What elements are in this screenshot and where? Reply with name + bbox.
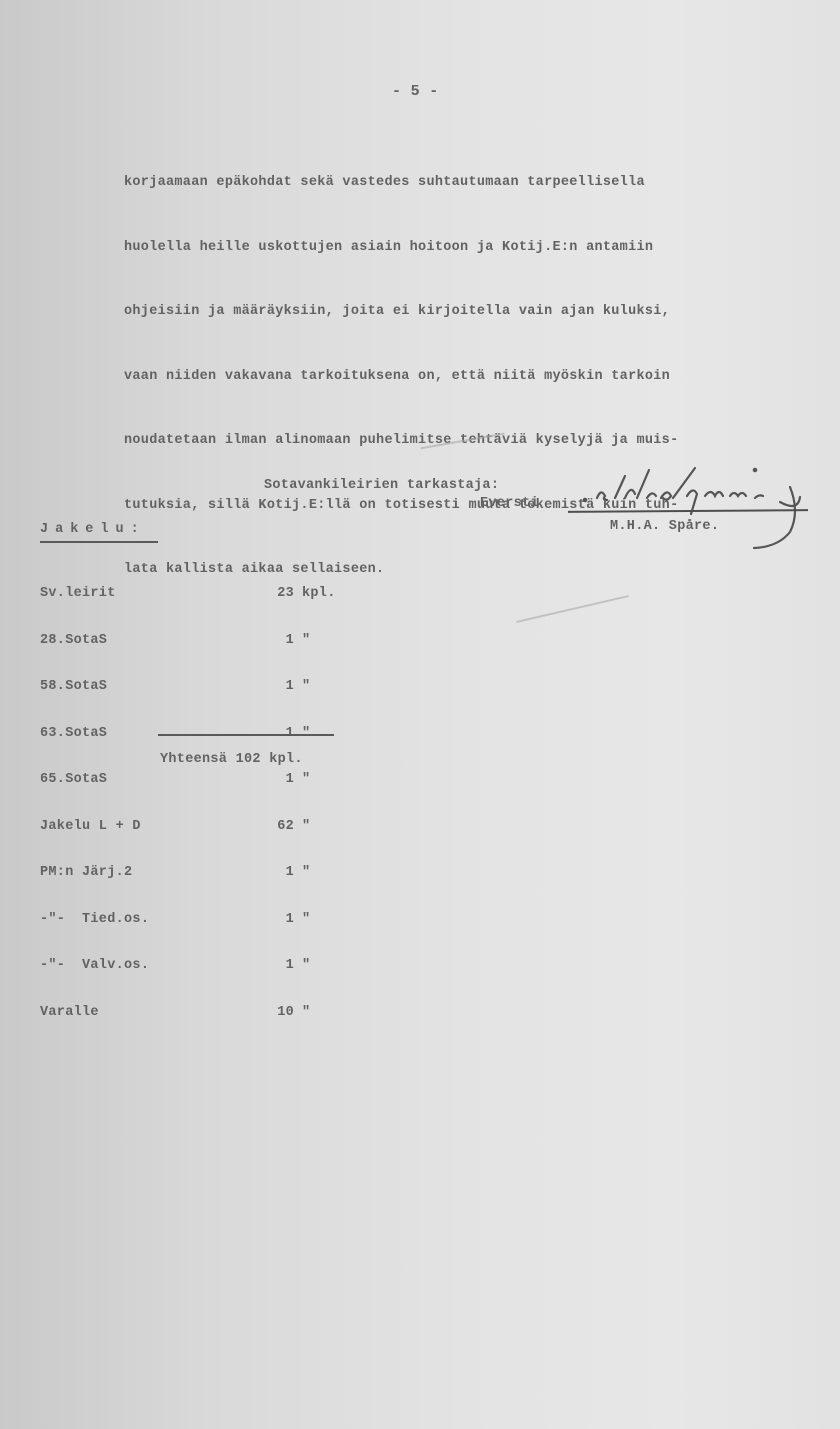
signatory-name: M.H.A. Spåre. [610, 519, 719, 534]
list-item: Sv.leirit 23 kpl. [40, 586, 356, 603]
unit: " [294, 865, 356, 882]
distribution-heading-underline [40, 541, 158, 543]
quantity: 1 [256, 865, 294, 882]
list-item: -"- Valv.os. 1 " [40, 958, 356, 975]
quantity: 62 [256, 819, 294, 836]
recipient: PM:n Järj.2 [40, 865, 256, 882]
quantity: 10 [256, 1005, 294, 1022]
signatory-title: Sotavankileirien tarkastaja: [264, 478, 499, 493]
list-item: PM:n Järj.2 1 " [40, 865, 356, 882]
list-item: -"- Tied.os. 1 " [40, 912, 356, 929]
list-item: Varalle 10 " [40, 1005, 356, 1022]
unit: " [294, 772, 356, 789]
recipient: Sv.leirit [40, 586, 256, 603]
recipient: 28.SotaS [40, 633, 256, 650]
quantity: 1 [256, 912, 294, 929]
list-item: 28.SotaS 1 " [40, 633, 356, 650]
quantity: 1 [256, 958, 294, 975]
body-line: vaan niiden vakavana tarkoituksena on, e… [124, 367, 679, 402]
recipient: Varalle [40, 1005, 256, 1022]
page-number: - 5 - [392, 83, 439, 100]
total-rule [158, 734, 334, 736]
list-item: 65.SotaS 1 " [40, 772, 356, 789]
handwritten-signature [575, 462, 815, 552]
body-line: ohjeisiin ja määräyksiin, joita ei kirjo… [124, 302, 679, 337]
unit: " [294, 958, 356, 975]
body-line: huolella heille uskottujen asiain hoitoo… [124, 238, 679, 273]
unit: " [294, 633, 356, 650]
unit: " [294, 1005, 356, 1022]
document-page: - 5 - korjaamaan epäkohdat sekä vastedes… [0, 0, 840, 1429]
list-item: Jakelu L + D 62 " [40, 819, 356, 836]
distribution-total: Yhteensä 102 kpl. [160, 752, 303, 767]
unit: " [294, 679, 356, 696]
body-line: noudatetaan ilman alinomaan puhelimitse … [124, 431, 679, 466]
list-item: 58.SotaS 1 " [40, 679, 356, 696]
quantity: 23 [256, 586, 294, 603]
recipient: -"- Tied.os. [40, 912, 256, 929]
quantity: 1 [256, 679, 294, 696]
recipient: Jakelu L + D [40, 819, 256, 836]
unit: " [294, 819, 356, 836]
quantity: 1 [256, 633, 294, 650]
unit: kpl. [294, 586, 356, 603]
distribution-list: Sv.leirit 23 kpl. 28.SotaS 1 " 58.SotaS … [40, 556, 356, 1051]
distribution-heading: Jakelu: [40, 522, 146, 537]
recipient: 65.SotaS [40, 772, 256, 789]
recipient: 58.SotaS [40, 679, 256, 696]
quantity: 1 [256, 772, 294, 789]
signatory-rank: Eversti [480, 496, 539, 511]
body-line: korjaamaan epäkohdat sekä vastedes suhta… [124, 173, 679, 208]
unit: " [294, 912, 356, 929]
recipient: -"- Valv.os. [40, 958, 256, 975]
body-paragraph: korjaamaan epäkohdat sekä vastedes suhta… [124, 143, 679, 625]
